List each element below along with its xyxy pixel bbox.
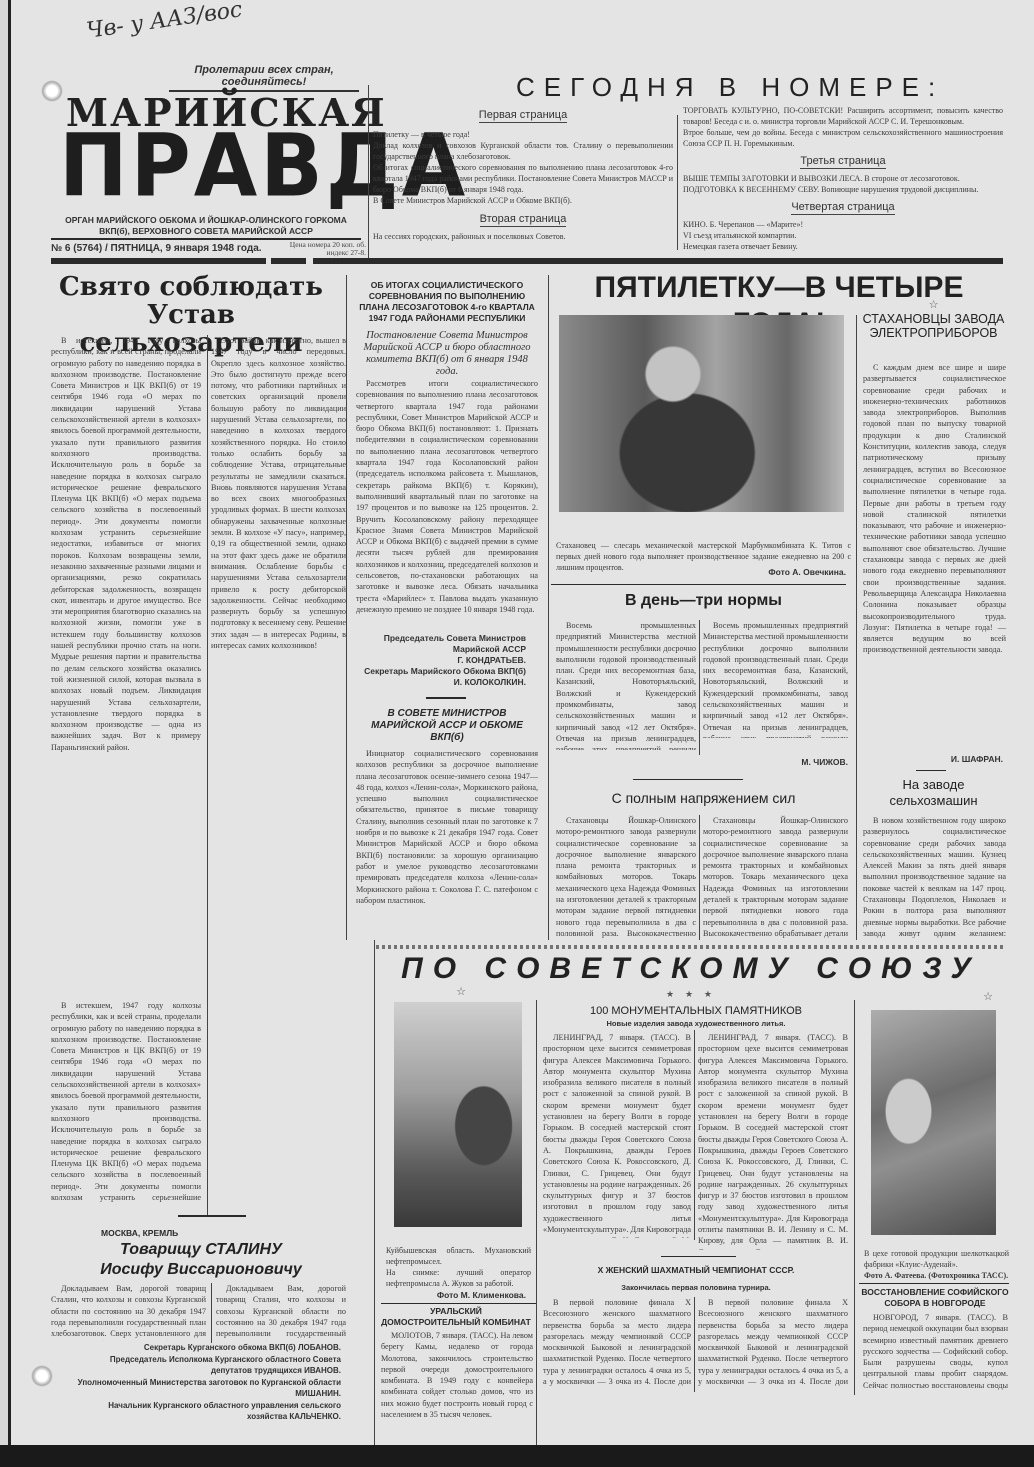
- column-divider: [346, 275, 347, 940]
- wavy-rule: [376, 945, 1006, 949]
- divider: [633, 779, 743, 780]
- ustav-col-1: В истекшем, 1947 году колхозы республики…: [51, 335, 201, 995]
- column-divider: [548, 275, 549, 940]
- contents-item: Немецкая газета отвечает Бевину.: [683, 241, 1003, 252]
- itogi-headline: ОБ ИТОГАХ СОЦИАЛИСТИЧЕСКОГО СОРЕВНОВАНИЯ…: [356, 280, 538, 324]
- contents-item: В Совете Министров Марийской АССР и Обко…: [373, 195, 673, 206]
- divider: [916, 770, 946, 771]
- chess-col-2: В первой половине финала X Всесоюзного ж…: [698, 1297, 848, 1389]
- contents-item: На сессиях городских, районных и поселко…: [373, 231, 673, 242]
- star-icon: ☆: [451, 985, 471, 998]
- column-divider: [374, 940, 375, 1445]
- selkhozmash-headline: На заводе сельхозмашин: [861, 777, 1006, 809]
- newspaper-page: Чв- у ААЗ/вос Пролетарии всех стран, сое…: [8, 0, 1034, 1445]
- contents-item: Пятилетку — в четыре года!: [373, 129, 673, 140]
- masthead-title-line2: ПРАВДА: [59, 123, 359, 211]
- ural-body: МОЛОТОВ, 7 января. (ТАСС). На левом бере…: [381, 1330, 533, 1438]
- contents-item: Втрое больше, чем до войны. Беседа с мин…: [683, 127, 1003, 149]
- itogi-body: Рассмотрев итоги социалистического сорев…: [356, 378, 538, 631]
- photo-credit: Фото М. Клименкова.: [386, 1290, 526, 1301]
- itogi-signatures: Председатель Совета Министров Марийской …: [356, 633, 526, 688]
- divider: [426, 697, 466, 699]
- ustav-col-2: Этот район, как известно, вышел в 1947 г…: [211, 335, 346, 1205]
- signature-line: Начальник Курганского областного управле…: [71, 1400, 341, 1423]
- napryazhenie-headline: С полным напряжением сил: [556, 790, 851, 806]
- column-divider: [856, 315, 857, 940]
- signature-line: Г. КОНДРАТЬЕВ.: [356, 655, 526, 666]
- sovet-headline: В СОВЕТЕ МИНИСТРОВ МАРИЙСКОЙ АССР И ОБКО…: [356, 708, 538, 744]
- oil-worker-photo: [394, 1002, 522, 1227]
- issue-price: Цена номера 20 коп. об. индекс 27-8.: [286, 241, 366, 257]
- tri-normy-author: М. ЧИЖОВ.: [703, 757, 848, 768]
- photo-caption: Куйбышевская область. Мухановский нефтеп…: [386, 1245, 531, 1267]
- stakhanovtsy-body: С каждым днем все шире и шире развертыва…: [863, 362, 1006, 754]
- sofia-headline: ВОССТАНОВЛЕНИЕ СОФИЙСКОГО СОБОРА В НОВГО…: [861, 1287, 1009, 1309]
- ural-headline: УРАЛЬСКИЙ ДОМОСТРОИТЕЛЬНЫЙ КОМБИНАТ: [381, 1306, 531, 1328]
- letter-title-line2: Иосифу Виссарионовичу: [61, 1260, 341, 1280]
- photo-caption: На снимке: лучший оператор нефтепромысла…: [386, 1267, 531, 1289]
- signature-line: И. КОЛОКОЛКИН.: [356, 677, 526, 688]
- monuments-headline: 100 МОНУМЕНТАЛЬНЫХ ПАМЯТНИКОВ: [541, 1005, 851, 1017]
- divider: [551, 584, 846, 585]
- letter-place: МОСКВА, КРЕМЛЬ: [101, 1228, 178, 1238]
- contents-col-1: Первая страница Пятилетку — в четыре год…: [373, 105, 673, 242]
- contents-col-2: ТОРГОВАТЬ КУЛЬТУРНО, ПО-СОВЕТСКИ! Расшир…: [683, 105, 1003, 252]
- ustav-col-1-cont: В истекшем, 1947 году колхозы республики…: [51, 1000, 201, 1205]
- selkhozmash-body: В новом хозяйственном году широко развер…: [863, 815, 1006, 940]
- scan-edge: [0, 1445, 1034, 1467]
- itogi-subtitle: Постановление Совета Министров Марийской…: [356, 330, 538, 378]
- stakhanovtsy-headline: СТАХАНОВЦЫ ЗАВОДА ЭЛЕКТРОПРИБОРОВ: [861, 312, 1006, 340]
- divider: [178, 1215, 246, 1217]
- contents-item: VI съезд итальянской компартии.: [683, 230, 1003, 241]
- chess-subtitle: Закончилась первая половина турнира.: [541, 1283, 851, 1292]
- column-divider: [694, 1030, 695, 1240]
- worker-photo: [559, 315, 844, 512]
- chess-col-1: В первой половине финала X Всесоюзного ж…: [543, 1297, 691, 1389]
- tri-normy-col-1: Восемь промышленных предприятий Министер…: [556, 620, 696, 750]
- photo-credit: Фото А. Фатеева. (Фотохроника ТАСС).: [864, 1270, 1009, 1281]
- contents-section-heading: Третья страница: [800, 155, 885, 169]
- star-icon: ☆: [861, 298, 1006, 311]
- contents-section-heading: Вторая страница: [480, 213, 567, 227]
- contents-item: Доклад колхозов и совхозов Курганской об…: [373, 140, 673, 162]
- handwritten-note: Чв- у ААЗ/вос: [85, 0, 244, 44]
- chess-headline: X ЖЕНСКИЙ ШАХМАТНЫЙ ЧЕМПИОНАТ СССР.: [541, 1265, 851, 1275]
- divider: [859, 1283, 1009, 1284]
- column-divider: [699, 620, 700, 755]
- contents-item: Об итогах социалистического соревнования…: [373, 162, 673, 195]
- contents-item: ПОДГОТОВКА К ВЕСЕННЕМУ СЕВУ. Вопиющие на…: [683, 184, 1003, 195]
- monuments-subtitle: Новые изделия завода художественного лит…: [541, 1019, 851, 1028]
- signature-line: Председатель Исполкома Курганского облас…: [71, 1354, 341, 1377]
- monuments-col-2: ЛЕНИНГРАД, 7 января. (ТАСС). В просторно…: [698, 1032, 848, 1250]
- issue-line: № 6 (5764) / ПЯТНИЦА, 9 января 1948 года…: [51, 243, 262, 254]
- column-divider: [854, 1000, 855, 1395]
- masthead-motto: Пролетарии всех стран, соединяйтесь!: [169, 64, 359, 92]
- napryazhenie-col-2: Стахановцы Йошкар-Олинского моторо-ремон…: [703, 815, 848, 938]
- divider: [661, 1256, 736, 1257]
- contents-item: ВЫШЕ ТЕМПЫ ЗАГОТОВКИ И ВЫВОЗКИ ЛЕСА. В с…: [683, 173, 1003, 184]
- monuments-col-1: ЛЕНИНГРАД, 7 января. (ТАСС). В просторно…: [543, 1032, 691, 1238]
- column-divider: [694, 1297, 695, 1392]
- masthead-organ: ОРГАН МАРИЙСКОГО ОБКОМА И ЙОШКАР-ОЛИНСКО…: [51, 215, 361, 237]
- signature-line: Секретарь Курганского обкома ВКП(б) ЛОБА…: [71, 1342, 341, 1354]
- star-icon: ☆: [978, 990, 998, 1003]
- punch-hole: [31, 1365, 53, 1387]
- signature-line: Секретарь Марийского Обкома ВКП(б): [356, 666, 526, 677]
- factory-photo: [871, 1010, 996, 1235]
- punch-hole: [41, 80, 63, 102]
- letter-signatures: Секретарь Курганского обкома ВКП(б) ЛОБА…: [71, 1342, 341, 1423]
- header-rule: [313, 258, 1003, 264]
- column-divider: [536, 1000, 537, 1445]
- napryazhenie-col-1: Стахановцы Йошкар-Олинского моторо-ремон…: [556, 815, 696, 938]
- tri-normy-headline: В день—три нормы: [556, 592, 851, 610]
- signature-line: Председатель Совета Министров Марийской …: [356, 633, 526, 655]
- letter-title: Товарищу СТАЛИНУ Иосифу Виссарионовичу: [61, 1240, 341, 1280]
- photo-credit: Фото А. Овечкина.: [556, 567, 846, 578]
- sofia-body: НОВГОРОД, 7 января. (ТАСС). В период нем…: [863, 1312, 1008, 1392]
- contents-section-heading: Четвертая страница: [791, 201, 894, 215]
- contents-item: КИНО. Б. Черепанов — «Марите»!: [683, 219, 1003, 230]
- header-rule: [51, 258, 266, 264]
- tri-normy-col-2: Восемь промышленных предприятий Министер…: [703, 620, 848, 738]
- masthead-divider: [368, 85, 369, 260]
- po-sovetskomu-headline: ПО СОВЕТСКОМУ СОЮЗУ: [376, 952, 1006, 986]
- column-divider: [211, 1283, 212, 1343]
- header-rule: [271, 258, 306, 264]
- contents-section-heading: Первая страница: [479, 109, 567, 123]
- stakhanovtsy-author: И. ШАФРАН.: [863, 754, 1003, 765]
- contents-title: СЕГОДНЯ В НОМЕРЕ:: [516, 72, 956, 103]
- divider: [381, 1303, 536, 1304]
- sovet-body: Инициатор социалистического соревнования…: [356, 748, 538, 933]
- photo-caption: В цехе готовой продукции шелкоткацкой фа…: [864, 1248, 1009, 1270]
- letter-body-col-2: Докладываем Вам, дорогой товарищ Сталин,…: [216, 1283, 346, 1341]
- column-divider: [207, 335, 208, 1215]
- signature-line: Уполномоченный Министерства заготовок по…: [71, 1377, 341, 1400]
- contents-item: ТОРГОВАТЬ КУЛЬТУРНО, ПО-СОВЕТСКИ! Расшир…: [683, 105, 1003, 127]
- letter-body-col-1: Докладываем Вам, дорогой товарищ Сталин,…: [51, 1283, 206, 1341]
- contents-divider: [677, 115, 678, 250]
- letter-title-line1: Товарищу СТАЛИНУ: [61, 1240, 341, 1260]
- column-divider: [699, 815, 700, 940]
